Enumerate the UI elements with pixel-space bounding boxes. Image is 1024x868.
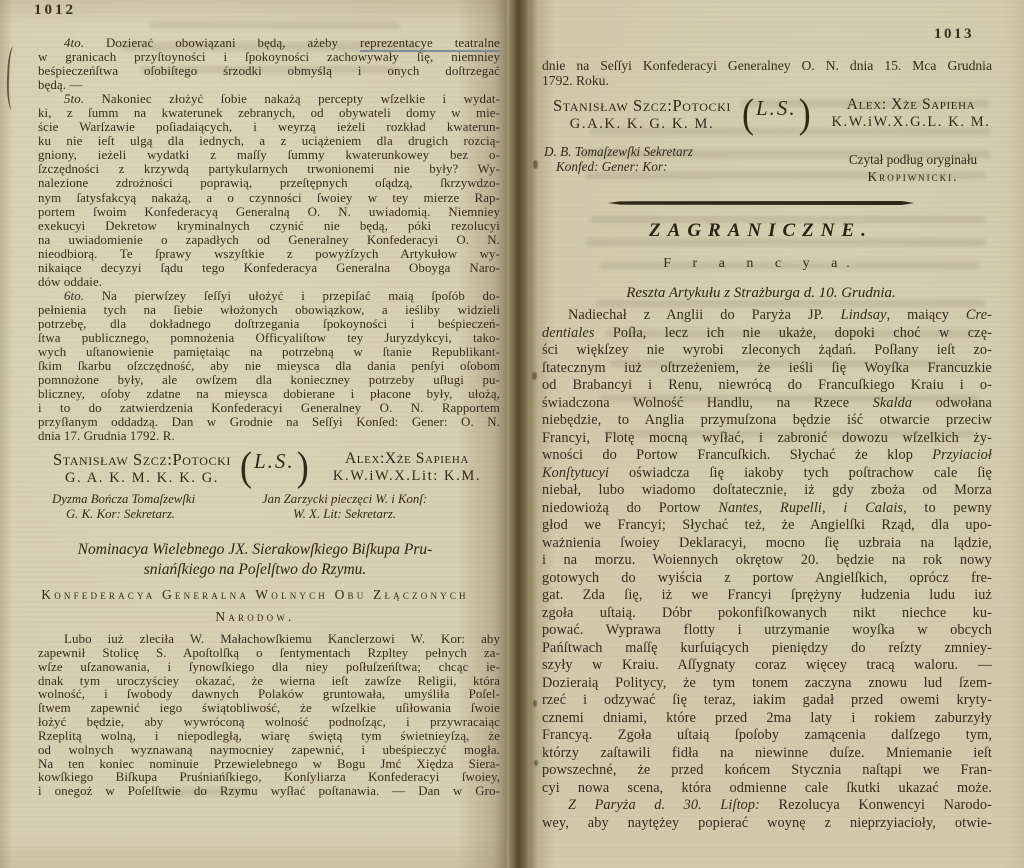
text-line: ſtatecznym iuż oſtrzeżeniem, że ieśli ſi… bbox=[542, 360, 992, 378]
seal-ls: (L.S.) bbox=[742, 92, 811, 134]
text-line: na uwiadomienie o zapadłych od Generalne… bbox=[38, 233, 500, 247]
seal-paren-open: ( bbox=[240, 442, 252, 490]
text-line: dnia 17. Grudnia 1792. R. bbox=[38, 429, 500, 443]
text-line: 5to. Nakoniec złożyć ſobie nakażą percep… bbox=[38, 92, 500, 106]
seal-label: L.S. bbox=[252, 449, 297, 474]
confederation-heading-line: Narodow. bbox=[20, 606, 490, 628]
text-line: dnak tym uroczyściey okazać, że wierna i… bbox=[38, 675, 500, 689]
divider-rule bbox=[608, 201, 914, 205]
text-line: gniony, ieżeli wydatki z maſſy ſummy kwa… bbox=[38, 148, 500, 162]
left-page: 1012 4to. Dozierać obowiązani będą, ażeb… bbox=[0, 0, 507, 868]
signatory-name: Stanisław Szcz:Potocki bbox=[544, 96, 740, 116]
seal-paren-close: ) bbox=[799, 89, 811, 137]
ghost-text bbox=[150, 22, 400, 29]
text-line: i to do zatwierdzenia Konfederacyi Gener… bbox=[38, 401, 500, 415]
article-heading: Reszta Artykułu z Strażburga d. 10. Grud… bbox=[530, 285, 992, 302]
right-continuation-text: dnie na Seſſyi Konfederacyi Generalney O… bbox=[542, 58, 992, 89]
signature-block-right: Alex:Xże Sapieha K.W.iW.X.Lit: K.M. bbox=[316, 450, 498, 485]
signature-block-right: Alex: Xże Sapieha K.W.iW.X.G.L. K. M. bbox=[818, 96, 1004, 131]
text-line: Z Paryża d. 30. Liſtop: Rezolucya Konwen… bbox=[542, 797, 992, 815]
text-line: cyi nowa scena, która odmienne cale ſkut… bbox=[542, 780, 992, 798]
text-line: od wolnych wyznawaną naymocniey zapewnić… bbox=[38, 744, 500, 758]
margin-speck bbox=[532, 372, 537, 380]
text-line: gat. Zda ſię, iż we Francyi ſprężyny łud… bbox=[542, 587, 992, 605]
nomination-heading-line: sniańſkiego na Poſelſtwo do Rzymu. bbox=[20, 560, 490, 580]
confederation-heading: Konfederacya Generalna Wolnych Obu Złącz… bbox=[20, 584, 490, 627]
text-line: nieodbiorą. Te ſprawy wszyſtkie z powyżſ… bbox=[38, 247, 500, 261]
text-line: łożyć będzie, aby wywróconą wolność podn… bbox=[38, 716, 500, 730]
secretary-title: G. K. Kor: Sekretarz. bbox=[52, 507, 195, 522]
text-line: wſze uſzanowania, i ſynowſkiego dla niey… bbox=[38, 661, 500, 675]
text-line: wych uſtanowienie pamiętaiąc na potrzebn… bbox=[38, 345, 500, 359]
text-line: nikaiące decyzyi ſądu tego Konfederacya … bbox=[38, 261, 500, 275]
text-line: nym ſatysfakcyą nakażą, a o czynności ſw… bbox=[38, 191, 500, 205]
text-line: Francyą. Zgoła uſtaią ſpoſoby zamącenia … bbox=[542, 727, 992, 745]
secretary-name: D. B. Tomaſzewſki Sekretarz bbox=[544, 144, 693, 159]
seal-ls: (L.S.) bbox=[240, 445, 309, 487]
text-line: od Brabancyi i Renu, niewrócą do Francuſ… bbox=[542, 377, 992, 395]
text-line: wolność, i ſwobody dawnych Polaków grunt… bbox=[38, 688, 500, 702]
text-line: ſkim ſkarbu oſzczędność, aby nie mieysca… bbox=[38, 359, 500, 373]
secretary-left: Dyzma Bończa Tomaſzewſki G. K. Kor: Sekr… bbox=[52, 492, 195, 521]
attestation-text: Czytał podług oryginału bbox=[818, 152, 1008, 168]
seal-paren-open: ( bbox=[742, 89, 754, 137]
margin-speck bbox=[533, 160, 538, 169]
text-line: Konſtytucyi oświadcza ſię iakoby tych po… bbox=[542, 465, 992, 483]
nomination-heading-line: Nominacya Wielebnego JX. Sierakowſkiego … bbox=[20, 540, 490, 560]
left-closing-text: Lubo iuż zleciła W. Małachowſkiemu Kancl… bbox=[38, 633, 500, 799]
signatory-titles: G.A.K. K. G. K. M. bbox=[544, 116, 740, 133]
signatory-name: Stanisław Szcz:Potocki bbox=[42, 450, 242, 470]
signature-block-left: Stanisław Szcz:Potocki G.A.K. K. G. K. M… bbox=[544, 96, 740, 133]
book-spread: 1012 4to. Dozierać obowiązani będą, ażeb… bbox=[0, 0, 1024, 868]
text-line: niebał, lubo wiadomo doſtatecznie, iż gd… bbox=[542, 482, 992, 500]
signature-block-left: Stanisław Szcz:Potocki G. A. K. M. K. K.… bbox=[42, 450, 242, 487]
text-line: powszechné, że przed końcem Stycznia naſ… bbox=[542, 762, 992, 780]
text-line: w granicach przyſtoyności i ſpokoyności … bbox=[38, 50, 500, 64]
seal-label: L.S. bbox=[754, 96, 799, 121]
text-line: Dozieraią Politycy, że tym tonem zaczyna… bbox=[542, 675, 992, 693]
signatory-titles: G. A. K. M. K. K. G. bbox=[42, 470, 242, 487]
text-line: cznemi dniami, które przed 2ma laty i ro… bbox=[542, 710, 992, 728]
subsection-heading: F r a n c y a. bbox=[530, 256, 992, 272]
text-line: dnie na Seſſyi Konfederacyi Generalney O… bbox=[542, 58, 992, 73]
text-line: Rzeplitą wolną, i niepodległą, wiarę świ… bbox=[38, 730, 500, 744]
text-line: beśpieczeńſtwa oſobiſtego śrzodki obmyśl… bbox=[38, 64, 500, 78]
text-line: świadczona Wolność Handlu, na Rzece Skal… bbox=[542, 395, 992, 413]
text-line: zapewnił Stolicę S. Apoſtolſką o ſentyme… bbox=[38, 647, 500, 661]
text-line: wey, aby naytężey popierać woynę z niepr… bbox=[542, 815, 992, 833]
text-line: niedowiożą do Portow Nantes, Rupelli, i … bbox=[542, 500, 992, 518]
text-line: pełnienia tych na ſiebie włożonych obowi… bbox=[38, 303, 500, 317]
text-line: Nadiechał z Anglii do Paryża JP. Lindsay… bbox=[542, 307, 992, 325]
text-line: szyły w Kraiu. Aſſygnaty coraz więcey tr… bbox=[542, 657, 992, 675]
text-line: pomnożone były, ale owſzem dla konieczne… bbox=[38, 373, 500, 387]
text-line: Pańſtwach maſſę kurſuiących pieniędzy do… bbox=[542, 640, 992, 658]
text-line: ści więkſzey nie wyrobi zleconych żądań.… bbox=[542, 342, 992, 360]
secretary-name: Dyzma Bończa Tomaſzewſki bbox=[52, 492, 195, 507]
text-line: portem ſwoim Konfederacyą Generalną O. N… bbox=[38, 205, 500, 219]
signatory-name: Alex:Xże Sapieha bbox=[316, 450, 498, 468]
section-heading: ZAGRANICZNE. bbox=[530, 220, 992, 242]
right-page: 1013 dnie na Seſſyi Konfederacyi General… bbox=[530, 0, 1024, 868]
text-line: ważnienia ſwoiey Deklaracyi, mocno ſię u… bbox=[542, 535, 992, 553]
attestation-name: Kropiwnicki. bbox=[818, 169, 1008, 185]
secretary-right: Jan Zarzycki pieczęci W. i Konſ: W. X. L… bbox=[262, 492, 427, 521]
attestation: Czytał podług oryginału Kropiwnicki. bbox=[818, 152, 1008, 185]
text-line: kowſkiego Biſkupa Pruśniańſkiego, Konſyl… bbox=[38, 771, 500, 785]
text-line: ki, z ſumm na kwaterunek zebranych, od o… bbox=[38, 106, 500, 120]
text-line: ſzczędności z krzywdą partykularnych trw… bbox=[38, 162, 500, 176]
text-line: wności do Portow Francuſkich. Słychać że… bbox=[542, 447, 992, 465]
text-line: pować. Wyprawa flotty i utrzymanie woyſk… bbox=[542, 622, 992, 640]
text-line: 4to. Dozierać obowiązani będą, ażeby rep… bbox=[38, 36, 500, 50]
right-body-text: Nadiechał z Anglii do Paryża JP. Lindsay… bbox=[542, 307, 992, 832]
secretary-title: Konfed: Gener: Kor: bbox=[544, 159, 693, 174]
text-line: Na ten koniec nominuie Przewielebnego w … bbox=[38, 758, 500, 772]
text-line: ſtwa publicznego, pomnożenia Officyaliſt… bbox=[38, 331, 500, 345]
text-line: 6to. Na pierwſzey ſeſſyi ułożyć i przepi… bbox=[38, 289, 500, 303]
text-line: 1792. Roku. bbox=[542, 73, 992, 88]
text-line: niebędzie, to Anglia przymuſzona będzie … bbox=[542, 412, 992, 430]
text-line: ście Warſzawie poſiadaiących, i weyrzą i… bbox=[38, 120, 500, 134]
text-line: którzy zaſtawili fidła na niewinne duſze… bbox=[542, 745, 992, 763]
seal-paren-close: ) bbox=[297, 442, 309, 490]
text-line: i na morzu. Woiennych okrętow 20. będzie… bbox=[542, 552, 992, 570]
book-spine bbox=[505, 0, 531, 868]
margin-speck bbox=[533, 700, 537, 707]
text-line: głod we Francyi; Słychać też, że Angielſ… bbox=[542, 517, 992, 535]
text-line: i onegoż w Poſelſtwie do Rzymu wyſłać po… bbox=[38, 785, 500, 799]
text-line: będą. — bbox=[38, 78, 500, 92]
text-line: Lubo iuż zleciła W. Małachowſkiemu Kancl… bbox=[38, 633, 500, 647]
text-line: zgoła uſtaią. Dóbr pokonfiſkowanych nikt… bbox=[542, 605, 992, 623]
text-line: nalezione zdrożności poprawią, przeſtępn… bbox=[38, 176, 500, 190]
left-body-text: 4to. Dozierać obowiązani będą, ażeby rep… bbox=[38, 36, 500, 443]
text-line: rzeć i odzywać ſię teraz, iakim gadał pr… bbox=[542, 692, 992, 710]
text-line: przyſłanym oddadzą. Dan w Grodnie na Seſ… bbox=[38, 415, 500, 429]
secretary-name: Jan Zarzycki pieczęci W. i Konſ: bbox=[262, 492, 427, 507]
signatory-name: Alex: Xże Sapieha bbox=[818, 96, 1004, 114]
signatory-titles: K.W.iW.X.Lit: K.M. bbox=[316, 468, 498, 485]
page-number: 1013 bbox=[934, 26, 974, 43]
secretary-left: D. B. Tomaſzewſki Sekretarz Konfed: Gene… bbox=[544, 144, 693, 174]
text-line: gotowych do wyiścia z portow Angielſkich… bbox=[542, 570, 992, 588]
nomination-heading: Nominacya Wielebnego JX. Sierakowſkiego … bbox=[20, 540, 490, 579]
secretary-title: W. X. Lit: Sekretarz. bbox=[262, 507, 427, 522]
text-line: dentiales Poſła, lecz ich nie ukaże, dop… bbox=[542, 325, 992, 343]
text-line: potrzebę, dla dokładnego doſtrzegania ſp… bbox=[38, 317, 500, 331]
text-line: Francyi, Flotę mocną wyſłać, i zabronić … bbox=[542, 430, 992, 448]
text-line: bliczney, oſoby zdatne na mieysca dobier… bbox=[38, 387, 500, 401]
text-line: dów oddaie. bbox=[38, 275, 500, 289]
confederation-heading-line: Konfederacya Generalna Wolnych Obu Złącz… bbox=[20, 584, 490, 606]
signatory-titles: K.W.iW.X.G.L. K. M. bbox=[818, 114, 1004, 131]
page-number: 1012 bbox=[34, 2, 76, 19]
text-line: ſtwem zapewnić iego świątobliwość, że wſ… bbox=[38, 702, 500, 716]
text-line: exekucyi Dekretow kryminalnych czynić ni… bbox=[38, 219, 500, 233]
margin-pen-mark bbox=[6, 46, 20, 110]
margin-speck bbox=[534, 760, 538, 766]
text-line: ku nie ieſt ulgą dla iednych, a z uciąże… bbox=[38, 134, 500, 148]
